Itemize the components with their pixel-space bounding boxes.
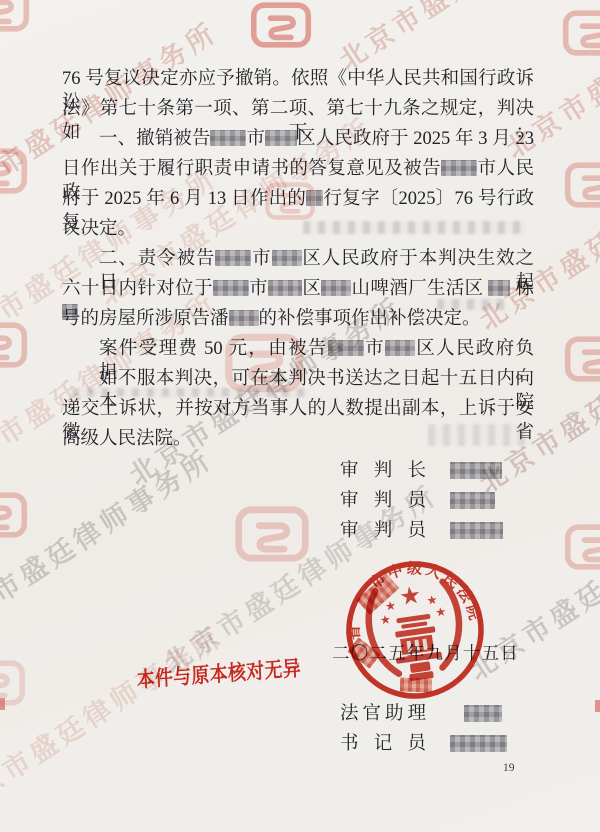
redacted-text (488, 280, 510, 296)
lawfirm-logo-icon (0, 492, 28, 538)
body-line: 府于 2025 年 6 月 13 日作出的行复字〔2025〕76 号行政复 (62, 187, 534, 211)
judge-signature-label: 审判员 (340, 489, 426, 513)
redacted-text (268, 280, 302, 296)
judge-signature: 审判长 (340, 459, 502, 483)
redacted-name (450, 735, 507, 752)
lawfirm-logo-icon (564, 162, 600, 208)
lawfirm-logo-icon (564, 336, 600, 382)
body-line: 法》第七十条第一项、第二项、第七十九条之规定，判决如下： (62, 97, 534, 121)
lawfirm-logo-icon (562, 10, 600, 56)
lawfirm-watermark-text: 北京市盛廷律师事务所 (0, 438, 220, 645)
body-line: 76 号复议决定亦应予撤销。依照《中华人民共和国行政诉讼 (62, 67, 534, 91)
redacted-name (450, 522, 503, 539)
redacted-text (328, 340, 364, 356)
redacted-name (450, 492, 495, 509)
body-line: 高级人民法院。 (62, 427, 534, 451)
body-line: 二、责令被告市区人民政府于本判决生效之日起 (62, 247, 534, 271)
lawfirm-logo-icon (564, 524, 600, 570)
body-line: 号的房屋所涉原告潘的补偿事项作出补偿决定。 (62, 307, 534, 331)
redacted-name (450, 462, 502, 479)
staff-signature-label: 书记员 (340, 732, 426, 756)
verification-stamp: 本件与原本核对无异 (136, 652, 302, 694)
lawfirm-logo-icon (250, 2, 312, 48)
staff-signature: 书记员 (340, 732, 507, 756)
body-line: 六十日内针对位于市区山啤酒厂生活区 栋 (62, 277, 534, 301)
body-line: 案件受理费 50 元，由被告市区人民政府负担。 (62, 337, 534, 361)
redacted-text (306, 190, 323, 206)
redacted-text (229, 310, 259, 326)
redacted-text (272, 250, 302, 266)
edge-mark (0, 698, 5, 710)
lawfirm-logo-icon (0, 0, 30, 32)
page-number: 19 (503, 762, 515, 774)
judge-signature: 审判员 (340, 489, 495, 513)
lawfirm-watermark-text: 北京市盛廷律师事务所 (0, 616, 230, 823)
redacted-text (441, 160, 477, 176)
judge-signature-label: 审判员 (340, 519, 426, 543)
judge-signature-label: 审判长 (340, 459, 426, 483)
body-line: 议决定。 (62, 217, 534, 241)
redacted-text (321, 280, 351, 296)
redacted-name (464, 705, 502, 722)
lawfirm-logo-icon (0, 148, 28, 194)
lawfirm-logo-icon (0, 322, 28, 368)
redacted-text (213, 280, 249, 296)
court-seal: 省 市中级人民法院 (325, 540, 506, 721)
seal-redaction (400, 677, 432, 692)
edge-mark (595, 700, 600, 712)
body-line: 如不服本判决，可在本判决书送达之日起十五日内向本院 (62, 367, 534, 391)
body-line: 一、撤销被告市区人民政府于 2025 年 3 月 23 (62, 127, 534, 151)
redacted-text (265, 130, 297, 146)
body-line: 日作出关于履行职责申请书的答复意见及被告市人民政 (62, 157, 534, 181)
lawfirm-logo-icon (234, 506, 310, 562)
redacted-text (385, 340, 415, 356)
body-line: 递交上诉状，并按对方当事人的人数提出副本，上诉于安徽省 (62, 397, 534, 421)
redacted-text (210, 130, 246, 146)
scanned-judgment-page: 北京市盛廷律师事务所 北京市盛廷律师事务所 北京市盛廷律师事务所 北京市盛廷律师… (0, 0, 600, 832)
redacted-text (215, 250, 251, 266)
